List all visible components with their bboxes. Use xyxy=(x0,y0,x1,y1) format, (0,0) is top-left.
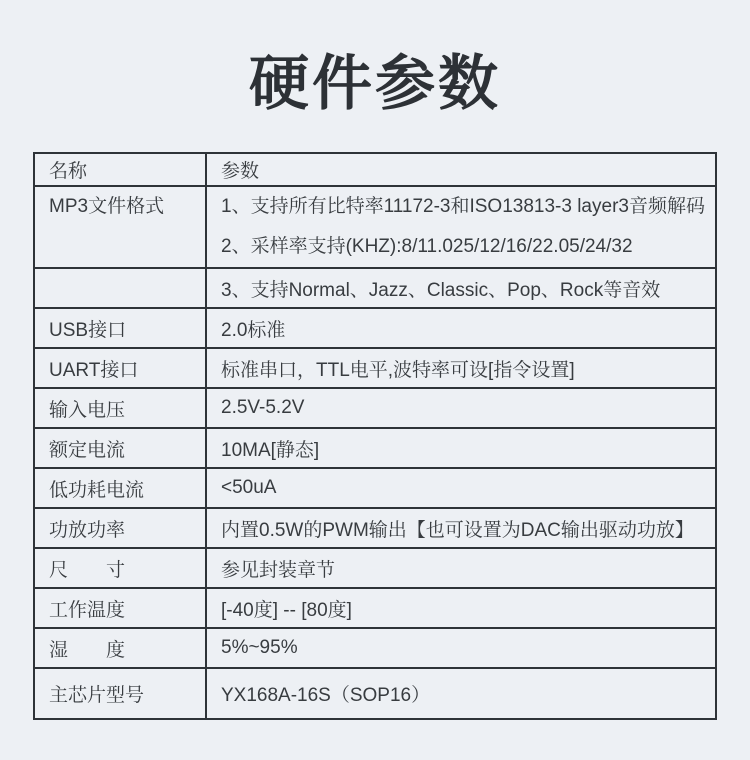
param-value-cell: 2.0标准 xyxy=(206,308,716,348)
param-name-cell: MP3文件格式 xyxy=(34,186,206,268)
param-name-cell: 额定电流 xyxy=(34,428,206,468)
param-name-cell: 尺 寸 xyxy=(34,548,206,588)
table-row: 3、支持Normal、Jazz、Classic、Pop、Rock等音效 xyxy=(34,268,716,308)
table-row: 湿 度 5%~95% xyxy=(34,628,716,668)
table-header: 名称 参数 xyxy=(34,153,716,186)
param-value-cell: 3、支持Normal、Jazz、Classic、Pop、Rock等音效 xyxy=(206,268,716,308)
table-row: 工作温度 [-40度] -- [80度] xyxy=(34,588,716,628)
param-value-line: 参见封装章节 xyxy=(221,555,709,582)
table-row: USB接口 2.0标准 xyxy=(34,308,716,348)
param-value-cell: 1、支持所有比特率11172-3和ISO13813-3 layer3音频解码2、… xyxy=(206,186,716,268)
param-value-line: 10MA[静态] xyxy=(221,435,709,462)
param-value-cell: 2.5V-5.2V xyxy=(206,388,716,428)
header-cell-value: 参数 xyxy=(206,153,716,186)
table-row: 输入电压 2.5V-5.2V xyxy=(34,388,716,428)
param-value-cell: 5%~95% xyxy=(206,628,716,668)
param-value-cell: 内置0.5W的PWM输出【也可设置为DAC输出驱动功放】 xyxy=(206,508,716,548)
header-cell-name: 名称 xyxy=(34,153,206,186)
param-name-cell: 工作温度 xyxy=(34,588,206,628)
table-row: MP3文件格式 1、支持所有比特率11172-3和ISO13813-3 laye… xyxy=(34,186,716,268)
param-name-cell: 主芯片型号 xyxy=(34,668,206,719)
page-title: 硬件参数 xyxy=(0,0,750,116)
param-name-cell: 功放功率 xyxy=(34,508,206,548)
param-name-cell: 输入电压 xyxy=(34,388,206,428)
param-value-cell: 参见封装章节 xyxy=(206,548,716,588)
param-value-line: 1、支持所有比特率11172-3和ISO13813-3 layer3音频解码 xyxy=(221,187,709,227)
table-row: 低功耗电流 <50uA xyxy=(34,468,716,508)
table-body: MP3文件格式 1、支持所有比特率11172-3和ISO13813-3 laye… xyxy=(34,186,716,719)
param-value-line: 2.0标准 xyxy=(221,315,709,342)
param-value-cell: 标准串口，TTL电平,波特率可设[指令设置] xyxy=(206,348,716,388)
table-row: 额定电流 10MA[静态] xyxy=(34,428,716,468)
param-value-line: 2.5V-5.2V xyxy=(221,397,709,419)
param-value-line: 5%~95% xyxy=(221,637,709,659)
table-row: 尺 寸 参见封装章节 xyxy=(34,548,716,588)
table-row: UART接口 标准串口，TTL电平,波特率可设[指令设置] xyxy=(34,348,716,388)
param-name-cell: 湿 度 xyxy=(34,628,206,668)
table-header-row: 名称 参数 xyxy=(34,153,716,186)
param-value-line: 内置0.5W的PWM输出【也可设置为DAC输出驱动功放】 xyxy=(221,515,709,542)
param-value-line: 标准串口，TTL电平,波特率可设[指令设置] xyxy=(221,355,709,382)
param-value-line: 2、采样率支持(KHZ):8/11.025/12/16/22.05/24/32 xyxy=(221,227,709,267)
param-value-cell: [-40度] -- [80度] xyxy=(206,588,716,628)
param-value-cell: 10MA[静态] xyxy=(206,428,716,468)
param-value-line: 3、支持Normal、Jazz、Classic、Pop、Rock等音效 xyxy=(221,275,709,302)
param-name-cell xyxy=(34,268,206,308)
page-root: 硬件参数 名称 参数 MP3文件格式 1、支持所有比特率11172-3和ISO1… xyxy=(0,0,750,760)
param-value-cell: YX168A-16S（SOP16） xyxy=(206,668,716,719)
param-name-cell: UART接口 xyxy=(34,348,206,388)
param-value-line: [-40度] -- [80度] xyxy=(221,595,709,622)
param-value-line: YX168A-16S（SOP16） xyxy=(221,680,709,707)
param-value-line: <50uA xyxy=(221,477,709,499)
param-name-cell: USB接口 xyxy=(34,308,206,348)
param-value-cell: <50uA xyxy=(206,468,716,508)
table-row: 功放功率 内置0.5W的PWM输出【也可设置为DAC输出驱动功放】 xyxy=(34,508,716,548)
hardware-parameters-table: 名称 参数 MP3文件格式 1、支持所有比特率11172-3和ISO13813-… xyxy=(33,152,717,720)
param-name-cell: 低功耗电流 xyxy=(34,468,206,508)
table-row: 主芯片型号 YX168A-16S（SOP16） xyxy=(34,668,716,719)
